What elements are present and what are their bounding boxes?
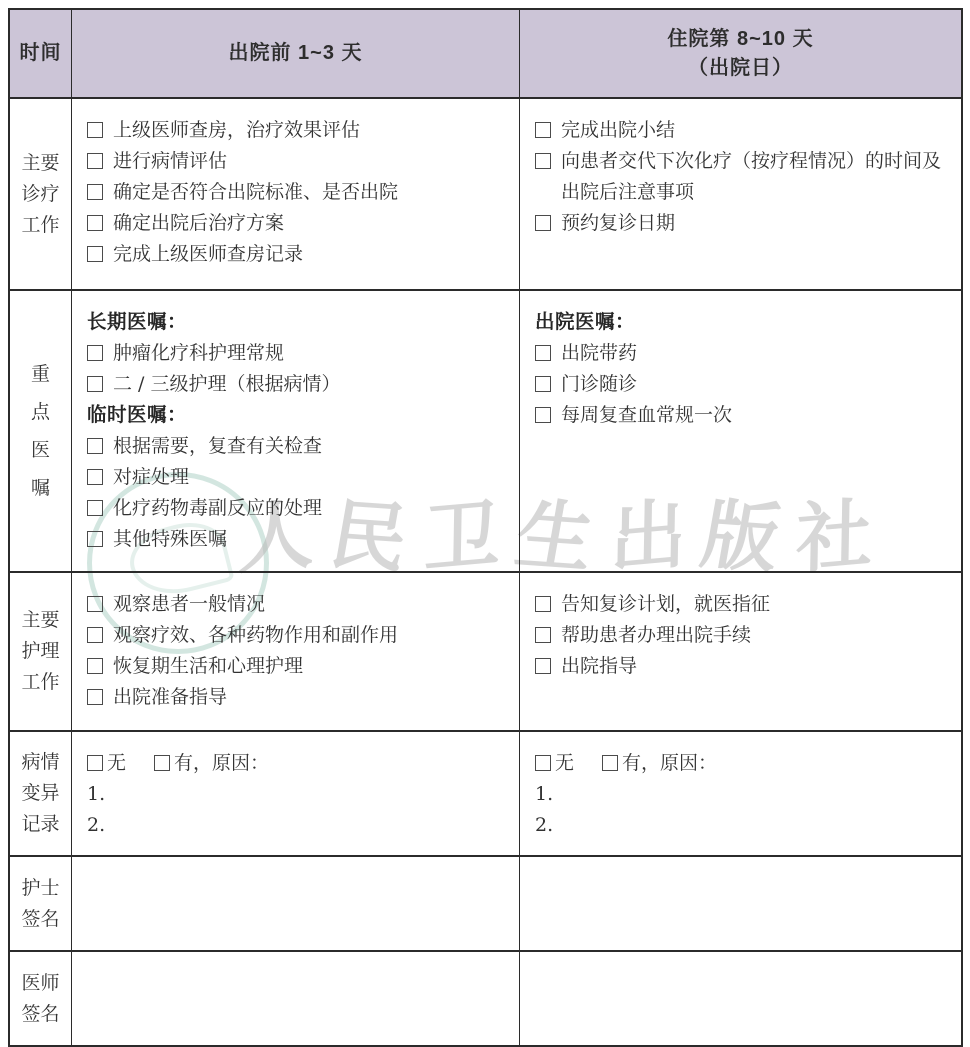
row-label-line: 护士 xyxy=(21,873,59,904)
checklist-item-label: 出院指导 xyxy=(561,651,953,682)
row-label-nurse-signature: 护士签名 xyxy=(10,857,72,950)
row-label-line: 变异 xyxy=(21,778,59,809)
row-key-orders: 重点医嘱长期医嘱：肿瘤化疗科护理常规二 / 三级护理（根据病情）临时医嘱：根据需… xyxy=(10,289,961,571)
cell-main-treatment-left: 上级医师查房，治疗效果评估进行病情评估确定是否符合出院标准、是否出院确定出院后治… xyxy=(72,99,520,289)
row-main-treatment: 主要诊疗工作上级医师查房，治疗效果评估进行病情评估确定是否符合出院标准、是否出院… xyxy=(10,97,961,289)
checklist-item: 上级医师查房，治疗效果评估 xyxy=(87,115,511,146)
checkbox-icon[interactable] xyxy=(87,122,103,138)
row-label-line: 签名 xyxy=(21,999,59,1030)
row-variation-record: 病情变异记录无有，原因：1.2.无有，原因：1.2. xyxy=(10,730,961,855)
checklist-item: 向患者交代下次化疗（按疗程情况）的时间及出院后注意事项 xyxy=(535,146,953,208)
checkbox-icon[interactable] xyxy=(87,246,103,262)
checkbox-icon[interactable] xyxy=(87,596,103,612)
section-heading: 长期医嘱： xyxy=(87,307,511,338)
numbered-line: 1. xyxy=(87,779,511,810)
row-label-line: 记录 xyxy=(21,809,59,840)
option-label: 有，原因： xyxy=(174,748,269,779)
inline-checkbox-option: 有，原因： xyxy=(154,748,269,779)
row-label-main-treatment: 主要诊疗工作 xyxy=(10,99,72,289)
cell-doctor-signature-left xyxy=(72,952,520,1039)
checkbox-icon[interactable] xyxy=(87,438,103,454)
checkbox-icon[interactable] xyxy=(535,755,551,771)
checklist-item: 肿瘤化疗科护理常规 xyxy=(87,338,511,369)
row-doctor-signature: 医师签名 xyxy=(10,950,961,1039)
numbered-line: 2. xyxy=(535,810,953,841)
checklist-item: 对症处理 xyxy=(87,462,511,493)
section-heading: 出院医嘱： xyxy=(535,307,953,338)
checklist-item: 门诊随诊 xyxy=(535,369,953,400)
row-label-variation-record: 病情变异记录 xyxy=(10,732,72,855)
inline-options: 无有，原因： xyxy=(87,748,511,779)
checklist-item-label: 向患者交代下次化疗（按疗程情况）的时间及出院后注意事项 xyxy=(561,146,953,208)
checkbox-icon[interactable] xyxy=(87,531,103,547)
row-label-line: 主要 xyxy=(21,605,59,636)
checklist-item: 观察疗效、各种药物作用和副作用 xyxy=(87,620,511,651)
cell-key-orders-right: 出院医嘱：出院带药门诊随诊每周复查血常规一次 xyxy=(520,291,961,571)
option-label: 无 xyxy=(107,748,126,779)
checklist-item: 根据需要，复查有关检查 xyxy=(87,431,511,462)
option-label: 无 xyxy=(555,748,574,779)
checklist-item-label: 化疗药物毒副反应的处理 xyxy=(113,493,511,524)
header-phase-right: 住院第 8~10 天 （出院日） xyxy=(520,10,961,97)
cell-main-treatment-right: 完成出院小结向患者交代下次化疗（按疗程情况）的时间及出院后注意事项预约复诊日期 xyxy=(520,99,961,289)
numbered-line: 2. xyxy=(87,810,511,841)
checklist-item: 出院带药 xyxy=(535,338,953,369)
checklist-item-label: 预约复诊日期 xyxy=(561,208,953,239)
row-label-line: 重 xyxy=(31,355,50,393)
checklist-item: 化疗药物毒副反应的处理 xyxy=(87,493,511,524)
cell-nurse-signature-left xyxy=(72,857,520,950)
checklist-item: 完成上级医师查房记录 xyxy=(87,239,511,270)
checklist-item-label: 出院带药 xyxy=(561,338,953,369)
cell-main-nursing-right: 告知复诊计划，就医指征帮助患者办理出院手续出院指导 xyxy=(520,573,961,730)
checklist-item-label: 恢复期生活和心理护理 xyxy=(113,651,511,682)
checklist-item-label: 每周复查血常规一次 xyxy=(561,400,953,431)
checkbox-icon[interactable] xyxy=(87,153,103,169)
checklist-item-label: 其他特殊医嘱 xyxy=(113,524,511,555)
checklist-item: 二 / 三级护理（根据病情） xyxy=(87,369,511,400)
row-main-nursing: 主要护理工作观察患者一般情况观察疗效、各种药物作用和副作用恢复期生活和心理护理出… xyxy=(10,571,961,730)
checkbox-icon[interactable] xyxy=(535,596,551,612)
option-label: 有，原因： xyxy=(622,748,717,779)
header-time: 时间 xyxy=(10,10,72,97)
checklist-item-label: 告知复诊计划，就医指征 xyxy=(561,589,953,620)
cell-variation-record-left: 无有，原因：1.2. xyxy=(72,732,520,855)
checkbox-icon[interactable] xyxy=(87,689,103,705)
table-header-row: 时间 出院前 1~3 天 住院第 8~10 天 （出院日） xyxy=(10,10,961,97)
section-heading: 临时医嘱： xyxy=(87,400,511,431)
table-body: 主要诊疗工作上级医师查房，治疗效果评估进行病情评估确定是否符合出院标准、是否出院… xyxy=(10,97,961,1039)
checklist-item-label: 进行病情评估 xyxy=(113,146,511,177)
cell-doctor-signature-right xyxy=(520,952,961,1039)
checklist-item-label: 肿瘤化疗科护理常规 xyxy=(113,338,511,369)
inline-checkbox-option: 有，原因： xyxy=(602,748,717,779)
checkbox-icon[interactable] xyxy=(535,627,551,643)
header-phase-left: 出院前 1~3 天 xyxy=(72,10,520,97)
checklist-item-label: 出院准备指导 xyxy=(113,682,511,713)
checklist-item-label: 帮助患者办理出院手续 xyxy=(561,620,953,651)
checkbox-icon[interactable] xyxy=(87,658,103,674)
checkbox-icon[interactable] xyxy=(535,153,551,169)
header-phase-right-line1: 住院第 8~10 天 xyxy=(667,25,813,54)
checklist-item: 完成出院小结 xyxy=(535,115,953,146)
checkbox-icon[interactable] xyxy=(154,755,170,771)
header-phase-left-label: 出院前 1~3 天 xyxy=(228,39,362,68)
checklist-item: 预约复诊日期 xyxy=(535,208,953,239)
inline-checkbox-option: 无 xyxy=(87,748,126,779)
checklist-item: 其他特殊医嘱 xyxy=(87,524,511,555)
row-label-key-orders: 重点医嘱 xyxy=(10,291,72,571)
checklist-item: 观察患者一般情况 xyxy=(87,589,511,620)
row-label-line: 病情 xyxy=(21,747,59,778)
checklist-item: 出院指导 xyxy=(535,651,953,682)
checkbox-icon[interactable] xyxy=(87,755,103,771)
row-label-line: 诊疗 xyxy=(21,179,59,210)
row-label-line: 点 xyxy=(31,393,50,431)
row-label-line: 主要 xyxy=(21,148,59,179)
row-label-line: 医 xyxy=(31,431,50,469)
clinical-pathway-table: 人民卫生出版社 时间 出院前 1~3 天 住院第 8~10 天 （出院日） 主要… xyxy=(8,8,963,1039)
checklist-item-label: 确定是否符合出院标准、是否出院 xyxy=(113,177,511,208)
row-label-line: 医师 xyxy=(21,968,59,999)
checklist-item: 告知复诊计划，就医指征 xyxy=(535,589,953,620)
checklist-item-label: 对症处理 xyxy=(113,462,511,493)
checklist-item-label: 二 / 三级护理（根据病情） xyxy=(113,369,511,400)
checkbox-icon[interactable] xyxy=(87,627,103,643)
checkbox-icon[interactable] xyxy=(535,215,551,231)
checklist-item: 出院准备指导 xyxy=(87,682,511,713)
checkbox-icon[interactable] xyxy=(535,658,551,674)
row-label-line: 签名 xyxy=(21,904,59,935)
checkbox-icon[interactable] xyxy=(87,469,103,485)
checkbox-icon[interactable] xyxy=(87,500,103,516)
checkbox-icon[interactable] xyxy=(87,376,103,392)
row-label-doctor-signature: 医师签名 xyxy=(10,952,72,1039)
checklist-item: 帮助患者办理出院手续 xyxy=(535,620,953,651)
checklist-item-label: 完成出院小结 xyxy=(561,115,953,146)
checklist-item: 进行病情评估 xyxy=(87,146,511,177)
checklist-item-label: 确定出院后治疗方案 xyxy=(113,208,511,239)
cell-key-orders-left: 长期医嘱：肿瘤化疗科护理常规二 / 三级护理（根据病情）临时医嘱：根据需要，复查… xyxy=(72,291,520,571)
row-label-line: 工作 xyxy=(21,210,59,241)
checkbox-icon[interactable] xyxy=(535,376,551,392)
row-nurse-signature: 护士签名 xyxy=(10,855,961,950)
checkbox-icon[interactable] xyxy=(535,407,551,423)
inline-options: 无有，原因： xyxy=(535,748,953,779)
checklist-item-label: 根据需要，复查有关检查 xyxy=(113,431,511,462)
cell-main-nursing-left: 观察患者一般情况观察疗效、各种药物作用和副作用恢复期生活和心理护理出院准备指导 xyxy=(72,573,520,730)
checkbox-icon[interactable] xyxy=(535,122,551,138)
checklist-item-label: 观察患者一般情况 xyxy=(113,589,511,620)
checklist-item: 每周复查血常规一次 xyxy=(535,400,953,431)
numbered-line: 1. xyxy=(535,779,953,810)
cell-variation-record-right: 无有，原因：1.2. xyxy=(520,732,961,855)
row-label-line: 嘱 xyxy=(31,469,50,507)
row-label-line: 工作 xyxy=(21,667,59,698)
checkbox-icon[interactable] xyxy=(87,345,103,361)
cell-nurse-signature-right xyxy=(520,857,961,950)
checkbox-icon[interactable] xyxy=(87,184,103,200)
inline-checkbox-option: 无 xyxy=(535,748,574,779)
header-phase-right-line2: （出院日） xyxy=(688,54,793,83)
checkbox-icon[interactable] xyxy=(87,215,103,231)
row-label-main-nursing: 主要护理工作 xyxy=(10,573,72,730)
checklist-item-label: 观察疗效、各种药物作用和副作用 xyxy=(113,620,511,651)
checklist-item: 确定出院后治疗方案 xyxy=(87,208,511,239)
checkbox-icon[interactable] xyxy=(602,755,618,771)
checklist-item-label: 门诊随诊 xyxy=(561,369,953,400)
checklist-item: 确定是否符合出院标准、是否出院 xyxy=(87,177,511,208)
header-time-label: 时间 xyxy=(20,39,62,68)
checklist-item-label: 完成上级医师查房记录 xyxy=(113,239,511,270)
checkbox-icon[interactable] xyxy=(535,345,551,361)
checklist-item: 恢复期生活和心理护理 xyxy=(87,651,511,682)
row-label-line: 护理 xyxy=(21,636,59,667)
checklist-item-label: 上级医师查房，治疗效果评估 xyxy=(113,115,511,146)
